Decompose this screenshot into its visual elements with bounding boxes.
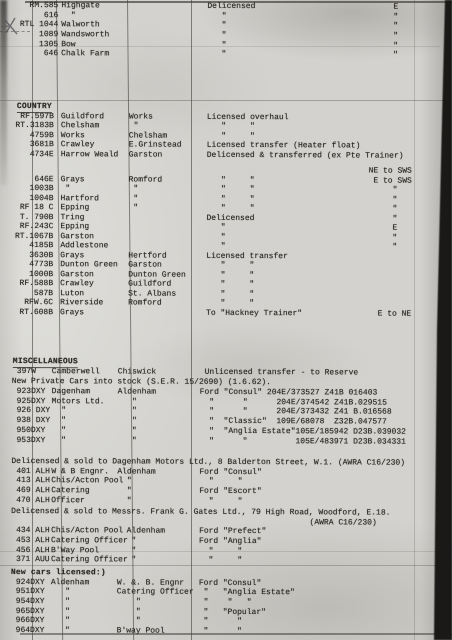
location-secondary: " [117, 428, 136, 436]
status-note: " " [199, 618, 242, 626]
location-secondary: " [129, 122, 139, 130]
status-note: " " [206, 281, 254, 289]
fleet-number: 453 ALH [16, 537, 50, 545]
table-row: 4734EHarrow WealdGarstonDelicensed & tra… [1, 150, 452, 161]
section-new-cars: New cars licensed:)924DXYAldenhamW. &. B… [0, 569, 451, 639]
status-note: " "Anglia Estate" [199, 589, 295, 597]
status-note: Ford "Escort" [199, 488, 261, 496]
status-note: " "Classic" 109E/68078 Z32B.047577 [200, 418, 387, 427]
location-primary: Chis/Acton Pool [51, 528, 123, 536]
location-secondary: " [117, 537, 136, 545]
location-primary: Catering [51, 487, 89, 495]
note-line: Delicensed & sold to Messrs. Frank G. Ga… [11, 508, 390, 518]
location-primary: Crawley [60, 280, 94, 288]
region-code: " [368, 234, 397, 242]
fleet-number: RT.3183B [1, 122, 54, 130]
status-note: " " 204E/374542 Z41B.029515 [200, 398, 387, 407]
location-primary: Bow [61, 41, 75, 49]
table-row: RT.608BGraysTo "Hackney Trainer" E to NE [0, 308, 452, 319]
region-code: " [369, 187, 398, 195]
fleet-number: 950DXY [16, 427, 45, 435]
fleet-number: RT.1067B [0, 232, 53, 240]
location-primary: Dunton Green [60, 261, 118, 269]
fleet-number: 616 [1, 12, 58, 20]
fleet-number: 938 DXY [17, 417, 51, 425]
location-primary: Grays [61, 176, 85, 184]
status-note: Ford "Consul" 204E/373527 Z41B 016403 [200, 388, 378, 397]
region-code: E to SWS [369, 177, 412, 185]
location-primary: Hartford [61, 195, 99, 203]
status-note: " " [199, 548, 242, 556]
location-primary: Grays [60, 309, 84, 317]
location-secondary: " [118, 418, 137, 426]
location-primary: Highgate [61, 2, 99, 10]
status-note: " " " [199, 599, 252, 607]
status-note: Licensed transfer (Heater float) [207, 142, 361, 151]
status-note: " " [199, 478, 242, 486]
fleet-number: 964DXY [16, 627, 45, 635]
status-note: Ford "Consul" [199, 579, 261, 587]
location-primary: " [61, 12, 75, 20]
location-primary: B'Way Pool [51, 547, 99, 555]
region-code: " [369, 42, 398, 50]
section-country: COUNTRYRF.597BGuildfordWorksLicensed ove… [0, 103, 452, 320]
location-primary: Works [61, 132, 85, 140]
table-row: 646Chalk Farm " " [1, 50, 452, 62]
fleet-number: 4185B [0, 242, 53, 250]
location-primary: " [51, 618, 70, 626]
location-secondary: Chelsham [129, 132, 167, 140]
location-primary: Luton [60, 290, 84, 298]
section-miscellaneous: MISCELLANEOUS397WCamberwellChiswick Unli… [0, 358, 452, 449]
location-primary: W & B Engnr. [51, 468, 109, 476]
status-note: " " [206, 262, 254, 270]
location-primary: Chalk Farm [61, 51, 109, 59]
region-code: " [369, 23, 398, 31]
location-primary: Epping [60, 204, 89, 212]
fleet-number: 469 ALH [16, 487, 50, 495]
status-note: " [207, 51, 226, 59]
location-primary: Grays [60, 252, 84, 260]
location-primary: Aldenham [51, 579, 89, 587]
fleet-number: 965DXY [16, 608, 45, 616]
status-note: " " [206, 290, 254, 298]
location-primary: Camberwell [52, 368, 100, 376]
section-top-fleet: RM.585HighgateDelicensed E616 " " "RTL 1… [1, 2, 452, 62]
fleet-number: RTL 1044 [1, 21, 58, 29]
region-code: " [369, 196, 398, 204]
location-primary: Chis/Acton Pool [51, 478, 123, 486]
status-note: " " [199, 557, 242, 565]
status-note: " [207, 42, 226, 50]
status-note: " [207, 22, 226, 30]
location-secondary: Dunton Green [128, 271, 186, 279]
fleet-number: 646 [1, 50, 58, 58]
fleet-number: 966DXY [16, 617, 45, 625]
region-code: " [368, 215, 397, 223]
location-secondary: B'way Pool [117, 628, 165, 636]
fleet-number: 434 ALH [16, 527, 50, 535]
location-primary: " [51, 589, 70, 597]
location-primary: Harrow Weald [61, 151, 119, 159]
location-secondary: " [129, 185, 139, 193]
fleet-number: 413 ALH [16, 477, 50, 485]
fleet-number: 397W [17, 368, 36, 376]
status-note: (AWRA C16/230) [199, 518, 377, 527]
location-primary: Walworth [61, 22, 99, 30]
location-secondary: Guildford [128, 280, 171, 288]
fleet-number: 953DXY [16, 437, 45, 445]
fleet-number: 1305 [1, 41, 58, 49]
fleet-number: 1000B [0, 270, 53, 278]
location-secondary: W. &. B. Engnr [117, 579, 184, 587]
location-secondary: Romford [129, 176, 163, 184]
region-code: " [368, 244, 397, 252]
location-primary: Wandsworth [61, 31, 109, 39]
fleet-number: RM.585 [1, 2, 58, 10]
location-primary: Officer [51, 497, 85, 505]
status-note: " " 105E/483971 D23B.034331 [199, 438, 405, 447]
status-note: " "Popular" [199, 609, 266, 617]
status-note: " [206, 224, 225, 232]
region-code: " [369, 33, 398, 41]
location-secondary: " [117, 557, 136, 565]
fleet-number: 646E [1, 175, 54, 183]
status-note: " " [207, 186, 255, 194]
location-primary: Guildford [61, 113, 104, 121]
fleet-number: 925DXY [17, 398, 46, 406]
location-secondary: Garston [129, 151, 163, 159]
location-primary: Garston [60, 271, 94, 279]
fleet-number: 923DXY [17, 388, 46, 396]
location-primary: " [51, 598, 70, 606]
location-primary: " [52, 417, 66, 425]
location-primary: Tring [60, 214, 84, 222]
location-secondary: " [117, 497, 131, 505]
location-secondary: Chiswick [118, 368, 156, 376]
location-primary: Dagenham [52, 388, 90, 396]
region-code: " [369, 52, 398, 60]
region-code: " [369, 13, 398, 21]
section-heading: New cars licensed:) [11, 569, 106, 577]
fleet-number: 4734E [1, 150, 54, 158]
status-note: " "Anglia Estate"105E/185942 D23B.039032 [199, 428, 405, 437]
fleet-number: RF.588B [0, 280, 53, 288]
location-secondary: Aldenham [118, 388, 156, 396]
location-secondary: Hertford [128, 252, 166, 260]
table-row: 371 AUUCatering Officer " " " [0, 556, 451, 568]
typewritten-text-layer: RM.585HighgateDelicensed E616 " " "RTL 1… [0, 0, 452, 640]
status-note: " " [199, 498, 242, 506]
location-secondary: " [117, 487, 131, 495]
location-primary: Epping [60, 223, 89, 231]
status-note: " [206, 243, 225, 251]
region-code: " [368, 206, 397, 214]
region-code: E [369, 4, 398, 12]
location-secondary: " [117, 478, 131, 486]
location-primary: " [61, 185, 71, 193]
location-secondary: Garston [128, 261, 162, 269]
location-secondary: " [117, 608, 141, 616]
status-note: Delicensed [207, 3, 255, 11]
status-note: " " [206, 300, 254, 308]
region-code: E to NE [368, 310, 411, 318]
fleet-number: 371 AUU [16, 556, 50, 564]
fleet-number: 1089 [1, 31, 58, 39]
location-primary: Riverside [60, 299, 103, 307]
location-secondary: " [118, 398, 137, 406]
status-note: Licensed transfer [206, 252, 288, 260]
fleet-number: 587B [0, 289, 53, 297]
fleet-number: 924DXY [16, 579, 45, 587]
status-note: Licensed overhaul [207, 113, 289, 121]
scanned-ledger-page: RM.585HighgateDelicensed E616 " " "RTL 1… [0, 0, 452, 640]
section-gates-disposal: Delicensed & sold to Messrs. Frank G. Ga… [0, 508, 451, 568]
status-note: " [207, 32, 226, 40]
location-primary: " [51, 437, 65, 445]
status-note: " [206, 233, 225, 241]
fleet-number: RF.597B [1, 112, 54, 120]
region-code: NE to SWS [369, 168, 412, 176]
location-secondary: " [129, 195, 139, 203]
location-secondary: Catering Officer [117, 589, 194, 597]
location-secondary: Aldenham [117, 528, 165, 536]
location-secondary: " [117, 438, 136, 446]
status-note: Delicensed & transferred (ex Pte Trainer… [207, 151, 404, 160]
fleet-number: RFW.6C [0, 299, 53, 307]
status-note: To "Hackney Trainer" [206, 309, 302, 317]
fleet-number: 1004B [1, 194, 54, 202]
status-note: " " [206, 205, 254, 213]
status-note: " " [207, 195, 255, 203]
status-note: " [207, 13, 226, 21]
location-secondary: " [117, 598, 141, 606]
status-note: " " [207, 176, 255, 184]
location-primary: Addlestone [60, 242, 108, 250]
fleet-number: 951DXY [16, 588, 45, 596]
status-note: " " [207, 132, 255, 140]
location-secondary: St. Albans [128, 290, 176, 298]
status-note: Unlicensed transfer - to Reserve [200, 369, 358, 378]
location-primary: " [51, 627, 70, 635]
location-secondary: Aldenham [117, 468, 155, 476]
status-note: Ford "Anglia" [199, 538, 261, 546]
location-primary: Motors Ltd. [52, 398, 105, 406]
location-secondary: Works [129, 113, 153, 121]
location-secondary: " [117, 547, 136, 555]
location-primary: Chelsham [61, 122, 99, 130]
fleet-number: RF 18 C [0, 204, 53, 212]
note-line: Delicensed & sold to Dagenham Motors Ltd… [11, 458, 405, 468]
region-code: E [368, 225, 397, 233]
section-dagenham-disposal: Delicensed & sold to Dagenham Motors Ltd… [0, 458, 451, 508]
location-secondary: " [118, 408, 137, 416]
location-primary: Garston [60, 233, 94, 241]
status-note: Delicensed [206, 214, 254, 222]
fleet-number: 3630B [0, 251, 53, 259]
fleet-number: RT.608B [0, 308, 53, 316]
fleet-number: 470 ALH [16, 497, 50, 505]
location-secondary: " [128, 204, 138, 212]
location-secondary: Romford [128, 299, 162, 307]
fleet-number: RF.243C [0, 223, 53, 231]
status-note: " " [206, 271, 254, 279]
fleet-number: 3681B [1, 141, 54, 149]
status-note: Ford "Consul" [199, 468, 261, 476]
location-secondary: " [117, 618, 141, 626]
fleet-number: 1003B [1, 185, 54, 193]
table-row: 953DXY " " " " 105E/483971 D23B.034331 [0, 437, 451, 449]
fleet-number: T. 790B [0, 213, 53, 221]
fleet-number: 926 DXY [17, 407, 51, 415]
location-secondary: E.Grinstead [129, 141, 182, 149]
status-note: Ford "Prefect" [199, 528, 266, 536]
status-note: " " [207, 123, 255, 131]
fleet-number: 4773B [0, 261, 53, 269]
location-primary: " [52, 408, 66, 416]
fleet-number: 4759B [1, 131, 54, 139]
fleet-number: 456 ALH [16, 547, 50, 555]
status-note: " " [199, 628, 242, 636]
location-primary: " [51, 608, 70, 616]
status-note: " " 204E/373432 Z41 B.016568 [200, 408, 392, 417]
location-primary: " [51, 427, 65, 435]
note-line: New Private Cars into stock (S.E.R. 15/2… [12, 378, 271, 387]
fleet-number: 954DXY [16, 598, 45, 606]
location-primary: Crawley [61, 141, 95, 149]
table-row: 964DXY "B'way Pool " " [0, 627, 451, 639]
fleet-number: 401 ALH [16, 468, 50, 476]
